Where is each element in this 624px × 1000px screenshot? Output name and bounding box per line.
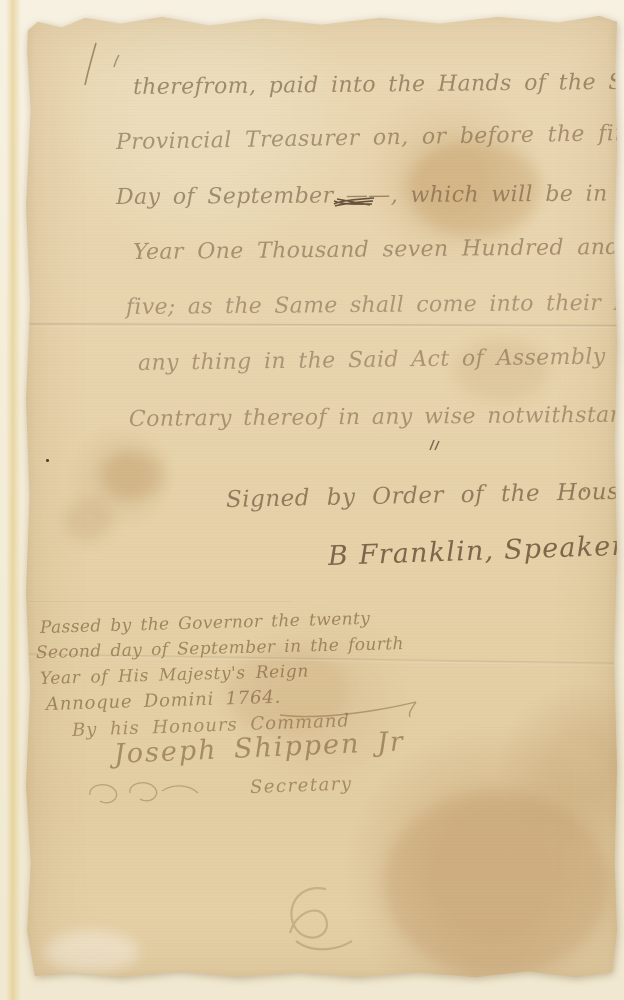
fold-crease-left-faint	[26, 601, 292, 603]
stray-ink-comma	[112, 53, 122, 69]
abrasion-bottom-left	[44, 931, 139, 973]
framed-manuscript-scene: therefrom, paid into the Hands of the Sa…	[0, 0, 624, 1000]
endorsement-line-2: Second day of September in the fourth	[36, 634, 404, 663]
stain-bottom-right	[384, 791, 609, 976]
endorsement-line-1: Passed by the Governor the twenty	[40, 609, 371, 638]
stain-left-mid	[102, 451, 164, 499]
manuscript-line-7: Contrary thereof in any wise notwithstan…	[129, 402, 624, 432]
signature-paraph	[86, 775, 216, 809]
fold-crease-upper	[26, 323, 617, 328]
paper-wrapper: therefrom, paid into the Hands of the Sa…	[26, 13, 617, 979]
attestation-line: Signed by Order of the House	[226, 478, 624, 513]
manuscript-page: therefrom, paid into the Hands of the Sa…	[26, 13, 617, 979]
manuscript-line-4: Year One Thousand seven Hundred and sixt…	[133, 234, 624, 265]
ink-speck-left	[46, 459, 49, 462]
speaker-signature: B Franklin, Speaker	[327, 531, 624, 572]
manuscript-line-1: therefrom, paid into the Hands of the Sa…	[133, 69, 624, 100]
ditto-ink-mark	[426, 438, 440, 452]
manuscript-line-6: any thing in the Said Act of Assembly to…	[138, 343, 624, 376]
stray-ink-slash	[82, 41, 100, 87]
secretary-title: Secretary	[250, 773, 353, 798]
ink-speck-right	[583, 489, 586, 492]
manuscript-line-2: Provincial Treasurer on, or before the f…	[116, 121, 624, 155]
endorsement-line-3: Year of His Majesty's Reign	[40, 661, 309, 689]
mat-highlight-strip	[6, 0, 21, 1000]
endorsement-line-4: Annoque Domini 1764.	[46, 687, 282, 715]
ink-strikethrough-scribble	[332, 193, 376, 209]
manuscript-line-5: five; as the Same shall come into their …	[126, 290, 624, 320]
stain-left-lower	[64, 499, 112, 541]
faint-bottom-flourish	[256, 881, 366, 959]
